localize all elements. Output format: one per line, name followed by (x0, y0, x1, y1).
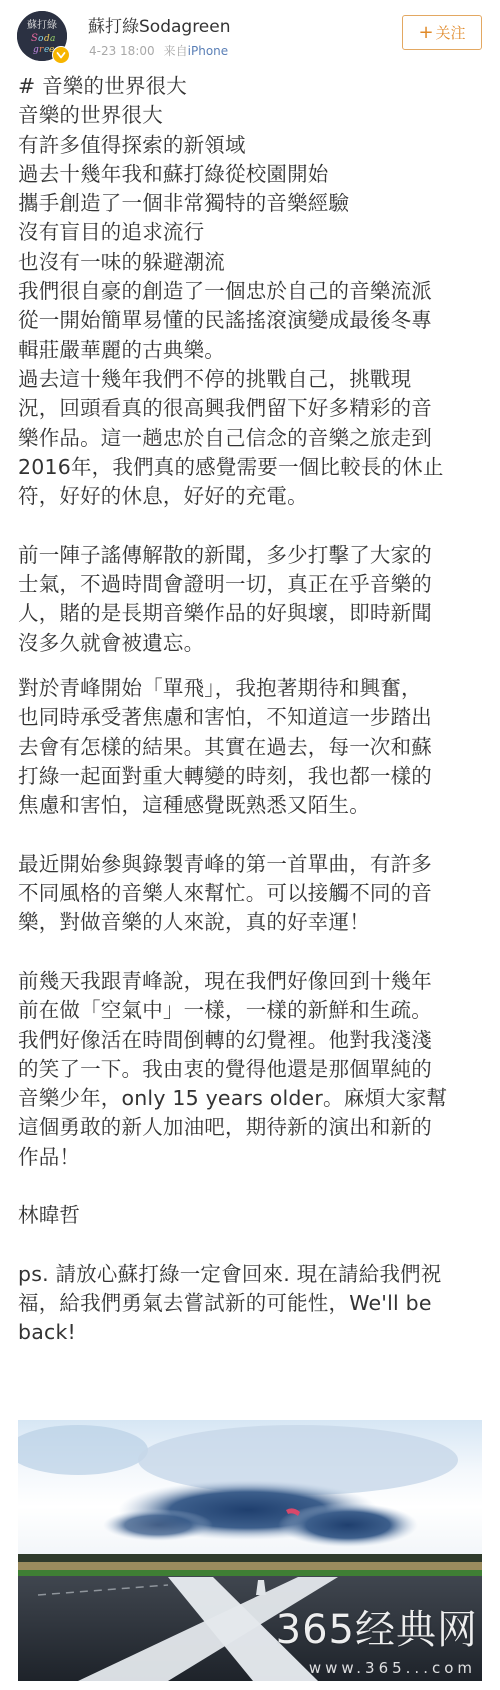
plus-icon: + (418, 24, 433, 42)
text-line: 我們很自豪的創造了一個忠於自己的音樂流派 (18, 277, 488, 306)
text-line: 樂，對做音樂的人來說，真的好幸運！ (18, 908, 488, 937)
text-line: 況，回頭看真的很高興我們留下好多精彩的音 (18, 394, 488, 423)
post-meta: 4-23 18:00来自iPhone (89, 42, 228, 59)
svg-text:a: a (50, 34, 55, 44)
paragraph-5: 前幾天我跟青峰說，現在我們好像回到十幾年 前在做「空氣中」一樣，一樣的新鮮和生疏… (18, 967, 488, 1172)
paragraph-spacer (18, 1231, 488, 1260)
watermark-logo: 365经典网 (276, 1598, 478, 1655)
post-header: 蘇打綠 S o d a g r e e 蘇打綠Sodagreen 4-23 18… (0, 0, 500, 62)
paragraph-spacer (18, 1172, 488, 1201)
post-timestamp: 4-23 18:00 (89, 44, 155, 58)
text-line: ps. 請放心蘇打綠一定會回來. 現在請給我們祝 (18, 1260, 488, 1289)
text-line: 輯莊嚴華麗的古典樂。 (18, 336, 488, 365)
text-line: 有許多值得探索的新領域 (18, 131, 488, 160)
text-line: 也沒有一味的躲避潮流 (18, 248, 488, 277)
text-line: 去會有怎樣的結果。其實在過去，每一次和蘇 (18, 733, 488, 762)
text-line: 我們好像活在時間倒轉的幻覺裡。他對我淺淺 (18, 1026, 488, 1055)
text-line: 攜手創造了一個非常獨特的音樂經驗 (18, 189, 488, 218)
text-line: 前幾天我跟青峰說，現在我們好像回到十幾年 (18, 967, 488, 996)
text-line: 2016年，我們真的感覺需要一個比較長的休止 (18, 453, 488, 482)
signature-name: 林暐哲 (18, 1201, 488, 1230)
watermark-url: www.365...com (309, 1659, 476, 1677)
text-line: 過去這十幾年我們不停的挑戰自己，挑戰現 (18, 365, 488, 394)
text-line: 沒多久就會被遺忘。 (18, 629, 488, 658)
source-device-link[interactable]: iPhone (188, 44, 229, 58)
verified-badge-icon (52, 46, 70, 64)
text-line: 作品！ (18, 1143, 488, 1172)
text-line: 焦慮和害怕，這種感覺既熟悉又陌生。 (18, 791, 488, 820)
text-line: back! (18, 1318, 488, 1347)
text-line: 音樂少年，only 15 years older。麻煩大家幫 (18, 1084, 488, 1113)
text-line: 過去十幾年我和蘇打綠從校園開始 (18, 160, 488, 189)
paragraph-3: 對於青峰開始「單飛」，我抱著期待和興奮， 也同時承受著焦慮和害怕，不知道這一步踏… (18, 674, 488, 820)
author-name[interactable]: 蘇打綠Sodagreen (88, 12, 231, 37)
follow-button[interactable]: + 关注 (402, 15, 482, 50)
text-line: 不同風格的音樂人來幫忙。可以接觸不同的音 (18, 879, 488, 908)
text-line: 音樂的世界很大 (18, 101, 488, 130)
svg-text:S: S (31, 33, 38, 44)
text-line: 沒有盲目的追求流行 (18, 218, 488, 247)
text-line: 前在做「空氣中」一樣，一樣的新鮮和生疏。 (18, 996, 488, 1025)
text-line: 士氣，不過時間會證明一切，真正在乎音樂的 (18, 570, 488, 599)
paragraph-spacer (18, 658, 488, 674)
text-line: 符，好好的休息，好好的充電。 (18, 482, 488, 511)
paragraph-spacer (18, 511, 488, 540)
paragraph-ps: ps. 請放心蘇打綠一定會回來. 現在請給我們祝 福，給我們勇氣去嘗試新的可能性… (18, 1260, 488, 1348)
text-line: 樂作品。這一趟忠於自己信念的音樂之旅走到 (18, 424, 488, 453)
signature: 林暐哲 (18, 1201, 488, 1230)
paragraph-spacer (18, 938, 488, 967)
text-line: 從一開始簡單易懂的民謠搖滾演變成最後冬專 (18, 306, 488, 335)
follow-label: 关注 (436, 22, 466, 43)
text-line: 也同時承受著焦慮和害怕，不知道這一步踏出 (18, 703, 488, 732)
svg-text:蘇打綠: 蘇打綠 (27, 18, 57, 31)
paragraph-4: 最近開始參與錄製青峰的第一首單曲，有許多 不同風格的音樂人來幫忙。可以接觸不同的… (18, 850, 488, 938)
text-line: 對於青峰開始「單飛」，我抱著期待和興奮， (18, 674, 488, 703)
paragraph-spacer (18, 820, 488, 849)
text-line: 福，給我們勇氣去嘗試新的可能性，We'll be (18, 1289, 488, 1318)
source-prefix: 来自 (164, 44, 188, 58)
text-line: 最近開始參與錄製青峰的第一首單曲，有許多 (18, 850, 488, 879)
hashtag-link[interactable]: # 音樂的世界很大 (18, 72, 488, 101)
text-line: 打綠一起面對重大轉變的時刻，我也都一樣的 (18, 762, 488, 791)
text-line: 的笑了一下。我由衷的覺得他還是那個單純的 (18, 1055, 488, 1084)
text-line: 人，賭的是長期音樂作品的好與壞，即時新聞 (18, 599, 488, 628)
post-image[interactable]: 365经典网 www.365...com (18, 1420, 482, 1681)
post-body: # 音樂的世界很大 音樂的世界很大 有許多值得探索的新領域 過去十幾年我和蘇打綠… (18, 72, 488, 1348)
text-line: 前一陣子謠傳解散的新聞，多少打擊了大家的 (18, 541, 488, 570)
paragraph-1: 音樂的世界很大 有許多值得探索的新領域 過去十幾年我和蘇打綠從校園開始 攜手創造… (18, 101, 488, 511)
text-line: 這個勇敢的新人加油吧，期待新的演出和新的 (18, 1113, 488, 1142)
paragraph-2: 前一陣子謠傳解散的新聞，多少打擊了大家的 士氣，不過時間會證明一切，真正在乎音樂… (18, 541, 488, 658)
